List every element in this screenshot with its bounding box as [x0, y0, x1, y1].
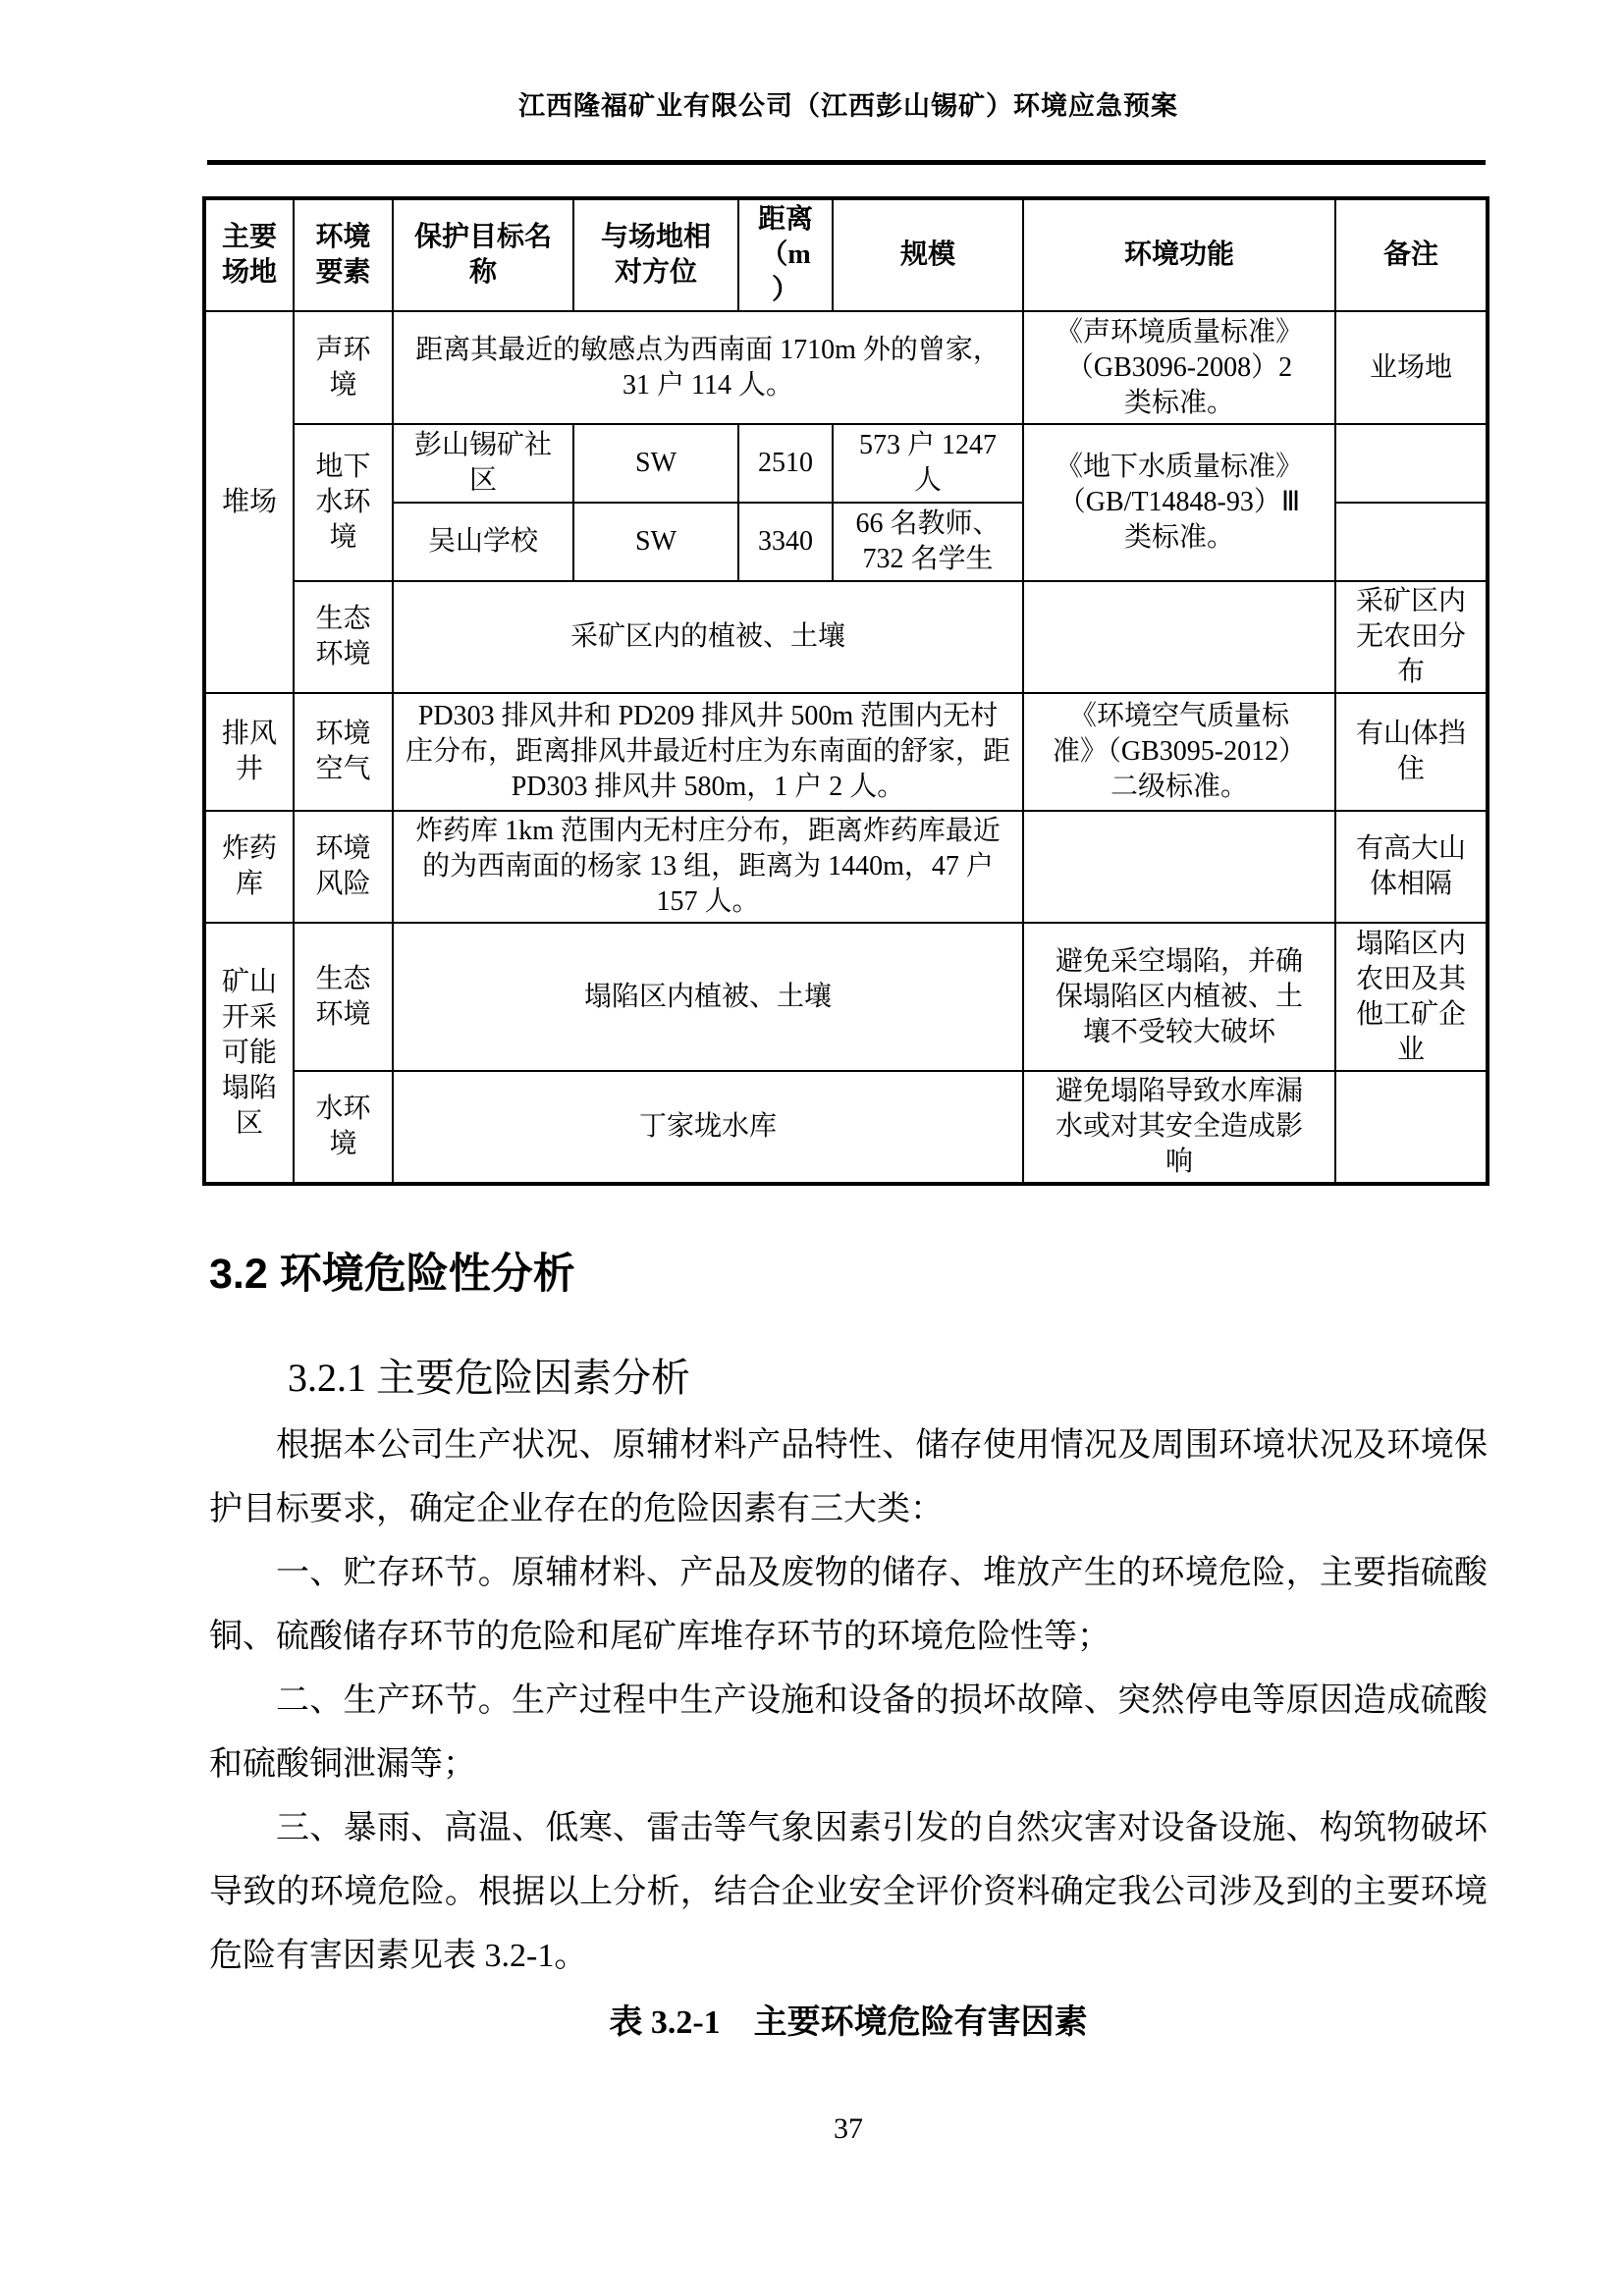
section-heading-3-2: 3.2 环境危险性分析	[209, 1241, 575, 1301]
detail-cell: 距离其最近的敏感点为西南面 1710m 外的曾家， 31 户 114 人。	[393, 311, 1023, 424]
direction-cell: SW	[573, 503, 738, 581]
distance-cell: 3340	[738, 503, 833, 581]
note-cell: 业场地	[1335, 311, 1488, 424]
function-cell: 《环境空气质量标 准》（GB3095-2012） 二级标准。	[1023, 693, 1335, 811]
detail-cell: 炸药库 1km 范围内无村庄分布，距离炸药库最近 的为西南面的杨家 13 组，距…	[393, 811, 1023, 923]
table-row-noise: 堆场 声环 境 距离其最近的敏感点为西南面 1710m 外的曾家， 31 户 1…	[204, 311, 1488, 424]
detail-cell: 塌陷区内植被、土壤	[393, 923, 1023, 1071]
note-cell	[1335, 503, 1488, 581]
col-header-direction: 与场地相 对方位	[573, 198, 738, 311]
document-page: 江西隆福矿业有限公司（江西彭山锡矿）环境应急预案 主要 场地 环境 要素 保护目…	[0, 0, 1624, 2296]
detail-cell: 采矿区内的植被、土壤	[393, 581, 1023, 693]
detail-cell: PD303 排风井和 PD209 排风井 500m 范围内无村 庄分布，距离排风…	[393, 693, 1023, 811]
col-header-env-element: 环境 要素	[294, 198, 393, 311]
scale-cell: 573 户 1247 人	[833, 424, 1023, 503]
element-cell: 地下 水环 境	[294, 424, 393, 581]
table-row-explosive-depot: 炸药 库 环境 风险 炸药库 1km 范围内无村庄分布，距离炸药库最近 的为西南…	[204, 811, 1488, 923]
col-header-main-site: 主要 场地	[204, 198, 294, 311]
element-cell: 生态 环境	[294, 923, 393, 1071]
function-cell: 《地下水质量标准》 （GB/T14848-93）Ⅲ 类标准。	[1023, 424, 1335, 581]
header-rule	[207, 160, 1486, 165]
table-header-row: 主要 场地 环境 要素 保护目标名 称 与场地相 对方位 距离 （m ） 规模 …	[204, 198, 1488, 311]
paragraph-production: 二、生产环节。生产过程中生产设施和设备的损坏故障、突然停电等原因造成硫酸和硫酸铜…	[209, 1669, 1488, 1796]
subsection-heading-3-2-1: 3.2.1 主要危险因素分析	[288, 1347, 690, 1403]
function-cell	[1023, 811, 1335, 923]
site-cell: 矿山 开采 可能 塌陷 区	[204, 923, 294, 1184]
site-cell: 炸药 库	[204, 811, 294, 923]
paragraph-intro: 根据本公司生产状况、原辅材料产品特性、储存使用情况及周围环境状况及环境保护目标要…	[209, 1414, 1488, 1541]
distance-cell: 2510	[738, 424, 833, 503]
page-number: 37	[209, 2112, 1488, 2146]
site-cell: 堆场	[204, 311, 294, 693]
table-row-groundwater-1: 地下 水环 境 彭山锡矿社 区 SW 2510 573 户 1247 人 《地下…	[204, 424, 1488, 503]
note-cell	[1335, 1071, 1488, 1184]
col-header-target-name: 保护目标名 称	[393, 198, 573, 311]
table-row-subsidence-ecology: 矿山 开采 可能 塌陷 区 生态 环境 塌陷区内植被、土壤 避免采空塌陷，并确 …	[204, 923, 1488, 1071]
table-row-ecology: 生态 环境 采矿区内的植被、土壤 采矿区内 无农田分 布	[204, 581, 1488, 693]
col-header-distance: 距离 （m ）	[738, 198, 833, 311]
col-header-note: 备注	[1335, 198, 1488, 311]
table-row-vent-shaft: 排风 井 环境 空气 PD303 排风井和 PD209 排风井 500m 范围内…	[204, 693, 1488, 811]
note-cell: 采矿区内 无农田分 布	[1335, 581, 1488, 693]
target-cell: 吴山学校	[393, 503, 573, 581]
body-paragraphs: 根据本公司生产状况、原辅材料产品特性、储存使用情况及周围环境状况及环境保护目标要…	[209, 1414, 1488, 1988]
element-cell: 环境 风险	[294, 811, 393, 923]
function-cell: 避免采空塌陷，并确 保塌陷区内植被、土 壤不受较大破坏	[1023, 923, 1335, 1071]
detail-cell: 丁家垅水库	[393, 1071, 1023, 1184]
note-cell: 塌陷区内 农田及其 他工矿企 业	[1335, 923, 1488, 1071]
table-row-subsidence-water: 水环 境 丁家垅水库 避免塌陷导致水库漏 水或对其安全造成影 响	[204, 1071, 1488, 1184]
col-header-scale: 规模	[833, 198, 1023, 311]
element-cell: 生态 环境	[294, 581, 393, 693]
note-cell	[1335, 424, 1488, 503]
direction-cell: SW	[573, 424, 738, 503]
paragraph-storage: 一、贮存环节。原辅材料、产品及废物的储存、堆放产生的环境危险，主要指硫酸铜、硫酸…	[209, 1541, 1488, 1669]
scale-cell: 66 名教师、 732 名学生	[833, 503, 1023, 581]
protection-targets-table: 主要 场地 环境 要素 保护目标名 称 与场地相 对方位 距离 （m ） 规模 …	[202, 196, 1489, 1186]
element-cell: 水环 境	[294, 1071, 393, 1184]
element-cell: 环境 空气	[294, 693, 393, 811]
note-cell: 有山体挡 住	[1335, 693, 1488, 811]
page-header-title: 江西隆福矿业有限公司（江西彭山锡矿）环境应急预案	[209, 84, 1488, 123]
col-header-env-function: 环境功能	[1023, 198, 1335, 311]
function-cell: 《声环境质量标准》 （GB3096-2008）2 类标准。	[1023, 311, 1335, 424]
paragraph-weather: 三、暴雨、高温、低寒、雷击等气象因素引发的自然灾害对设备设施、构筑物破坏导致的环…	[209, 1796, 1488, 1988]
function-cell: 避免塌陷导致水库漏 水或对其安全造成影 响	[1023, 1071, 1335, 1184]
element-cell: 声环 境	[294, 311, 393, 424]
target-cell: 彭山锡矿社 区	[393, 424, 573, 503]
table-caption: 表 3.2-1 主要环境危险有害因素	[209, 1995, 1488, 2043]
function-cell	[1023, 581, 1335, 693]
note-cell: 有高大山 体相隔	[1335, 811, 1488, 923]
site-cell: 排风 井	[204, 693, 294, 811]
